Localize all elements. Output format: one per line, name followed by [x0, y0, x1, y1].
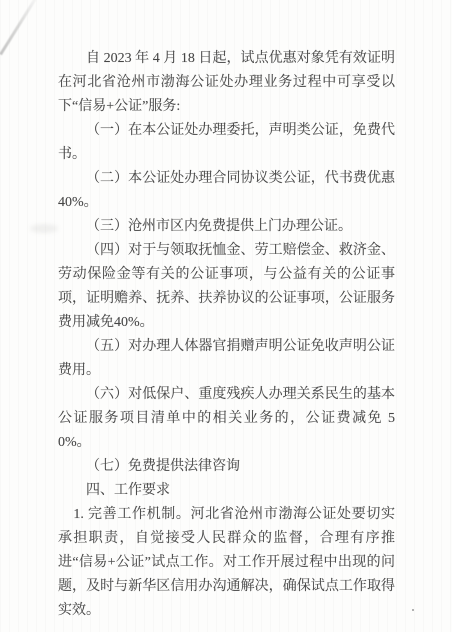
- paragraph-item-3: （三）沧州市区内免费提供上门办理公证。: [58, 215, 395, 239]
- scan-smudge-artifact: [30, 224, 58, 233]
- fold-crease-artifact: [0, 0, 37, 55]
- document-page: 自 2023 年 4 月 18 日起，试点优惠对象凭有效证明在河北省沧州市渤海公…: [0, 0, 452, 632]
- paragraph-item-6: （六）对低保户、重度残疾人办理关系民生的基本公证服务项目清单中的相关业务的，公证…: [58, 383, 395, 455]
- paragraph-item-7: （七）免费提供法律咨询: [58, 455, 395, 479]
- toner-speck-artifact: [412, 609, 414, 611]
- document-body: 自 2023 年 4 月 18 日起，试点优惠对象凭有效证明在河北省沧州市渤海公…: [58, 47, 395, 623]
- paragraph-item-4: （四）对于与领取抚恤金、劳工赔偿金、救济金、劳动保险金等有关的公证事项，与公益有…: [58, 239, 395, 335]
- paragraph-intro: 自 2023 年 4 月 18 日起，试点优惠对象凭有效证明在河北省沧州市渤海公…: [58, 47, 395, 119]
- paragraph-item-2: （二）本公证处办理合同协议类公证，代书费优惠40%。: [58, 167, 395, 215]
- paragraph-item-5: （五）对办理人体器官捐赠声明公证免收声明公证费用。: [58, 335, 395, 383]
- paragraph-work-requirement-1: 1. 完善工作机制。河北省沧州市渤海公证处要切实承担职责，自觉接受人民群众的监督…: [58, 503, 395, 623]
- paragraph-item-1: （一）在本公证处办理委托，声明类公证，免费代书。: [58, 119, 395, 167]
- section-heading-4: 四、工作要求: [58, 479, 395, 503]
